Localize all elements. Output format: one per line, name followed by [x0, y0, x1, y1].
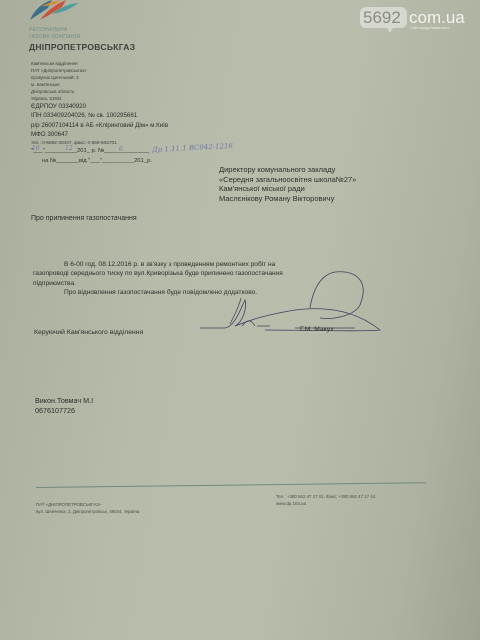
- footer-website: www.dp.104.ua: [276, 501, 375, 508]
- contact-phones: тел.: 0-5692-30437, факс: 0-569-505701: [31, 140, 117, 145]
- signatory-name: Г.М. Макух: [300, 326, 334, 333]
- handwritten-day: 16: [32, 145, 40, 152]
- site-watermark: 5692 com.ua Сайт города Каменского: [360, 7, 475, 37]
- logo-line-regional: РЕГІОНАЛЬНА: [29, 27, 68, 33]
- recipient-block: Директору комунального закладу «Середня …: [219, 165, 356, 203]
- recipient-line: Маслєнікову Роману Вікторовичу: [219, 194, 356, 204]
- logo-line-gas-company: ГАЗОВА КОМПАНІЯ: [29, 34, 80, 40]
- footer-phones: Тел.: +380 562 47 17 01, Факс: +380 562 …: [276, 494, 375, 501]
- executor-name: Викон.Товмач М.І: [35, 396, 93, 405]
- outgoing-reference-line: "___"__________201_ р. №______________: [31, 148, 149, 154]
- branch-address: Кам'янське відділення ПАТ «Дніпропетровс…: [31, 60, 87, 102]
- letter-subject: Про припинення газопостачання: [31, 215, 137, 222]
- watermark-number: 5692: [363, 8, 401, 28]
- company-name: ДНІПРОПЕТРОВСЬКГАЗ: [29, 42, 135, 52]
- bank-account: р/р 26007104114 в АБ «Кліринговий Дім» м…: [31, 121, 168, 130]
- address-line: Кам'янське відділення: [31, 60, 87, 67]
- address-line: Україна, 51931: [31, 95, 87, 102]
- company-logo-icon: [28, 0, 80, 22]
- recipient-line: Кам'янської міської ради: [219, 184, 356, 194]
- watermark-domain: com.ua: [409, 8, 465, 28]
- incoming-reference-line: на №_______від "___"__________201_р.: [42, 158, 152, 164]
- body-paragraph-1-line-3: підприємства.: [33, 280, 76, 287]
- address-line: Дніпровська область: [31, 88, 87, 95]
- mfo-code: МФО 300647: [31, 130, 168, 139]
- executor-phone: 0676107726: [35, 406, 75, 415]
- recipient-line: «Середня загальноосвітня школа№27»: [219, 175, 356, 185]
- footer-contacts: Тел.: +380 562 47 17 01, Факс: +380 562 …: [276, 494, 375, 507]
- footer-divider: [36, 482, 426, 488]
- handwritten-signature-icon: [195, 270, 385, 340]
- address-line: ПАТ «Дніпропетровськгаз»: [31, 67, 87, 74]
- body-paragraph-1-line-1: В 6-00 год. 08.12.2016 р. в зв'язку з пр…: [64, 261, 275, 268]
- handwritten-outgoing-number: Др 1.11.1 ВС042-1216: [152, 142, 233, 154]
- handwritten-year-digit: 6: [119, 146, 123, 153]
- handwritten-month: 12: [65, 145, 73, 152]
- tax-id: ІПН 033409204026, № св. 100295661: [31, 111, 168, 120]
- recipient-line: Директору комунального закладу: [219, 165, 356, 175]
- watermark-subtitle: Сайт города Каменского: [410, 26, 450, 30]
- signatory-position: Керуючий Кам'янського відділення: [34, 329, 143, 336]
- address-line: м. Кам'янське: [31, 81, 87, 88]
- address-line: провулок Цегельний, 3: [31, 74, 87, 81]
- registration-details: ЄДРПОУ 03340920 ІПН 033409204026, № св. …: [31, 102, 168, 139]
- footer-address: вул. Шевченка, 2, Дніпропетровськ, 49044…: [36, 509, 139, 516]
- edrpou-code: ЄДРПОУ 03340920: [31, 102, 168, 111]
- footer-company-info: ПАТ «ДНІПРОПЕТРОВСЬКГАЗ» вул. Шевченка, …: [36, 502, 139, 515]
